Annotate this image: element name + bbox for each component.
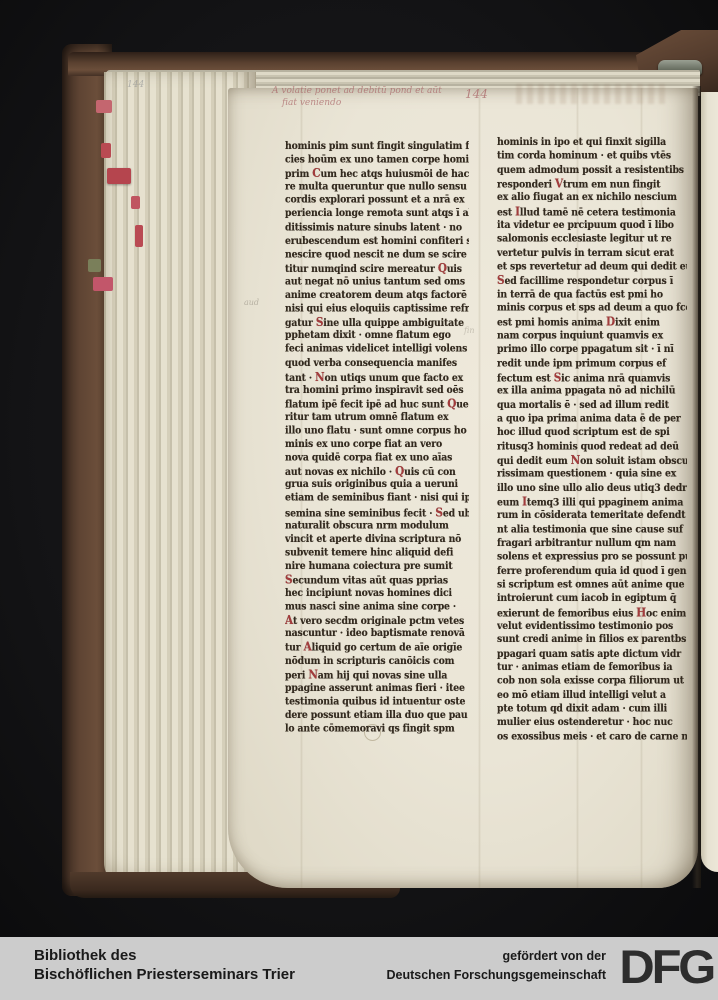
manuscript-text-line: mus nasci sine anima sine corpe · (285, 601, 469, 615)
manuscript-text-line: ritur tam utrum omnē flatum ex (285, 411, 469, 425)
manuscript-text-line: tur · animas etiam de femoribus ia (497, 661, 687, 675)
manuscript-text-line: feci animas videlicet intelligi volens (285, 343, 469, 357)
manuscript-text-line: quem admodum possit a resistentibs (497, 164, 687, 178)
dfg-logo: DFG (619, 939, 713, 994)
manuscript-text-line: periencia longe remota sunt atqs ī ab (285, 208, 469, 222)
rubric-initial: Q (438, 262, 447, 275)
margin-note: aud (244, 298, 259, 307)
ink-show-through (516, 84, 668, 104)
book-gutter-shadow (692, 86, 701, 888)
manuscript-text-line: naturalit obscura nrm modulum (285, 519, 469, 533)
manuscript-text-line: tra homini primo inspiravit sed oēs (285, 384, 469, 398)
manuscript-text-line: prim Cum hec atqs huiusmōi de hac (285, 167, 469, 181)
manuscript-text-line: eum Itemq3 illi qui ppaginem anima (497, 495, 687, 509)
manuscript-text-line: os exossibus meis · et caro de carne mea (497, 730, 687, 744)
rubric-initial: V (555, 177, 563, 190)
manuscript-text-line: velut evidentissimo testimonio pos (497, 620, 687, 634)
rubric-initial: N (308, 668, 317, 681)
manuscript-text-line: tant · Non utiqs unum que facto ex (285, 370, 469, 384)
manuscript-text-line: tur Aliquid go certum de aīe origīe (285, 641, 469, 655)
library-credit-line1: Bibliothek des (34, 946, 295, 965)
manuscript-text-line: a quo ipa prima anima data ē de per (497, 413, 687, 427)
manuscript-text-line: ferre proferendum quia id quod ī gen (497, 565, 687, 579)
funding-credit-line2: Deutschen Forschungsgemeinschaft (387, 966, 607, 985)
manuscript-text-line: nisi qui eius eloquiis captissime refra (285, 303, 469, 317)
manuscript-text-line: aut novas ex nichilo · Quis cū con (285, 465, 469, 479)
manuscript-text-line: nt alia testimonia que sine cause suf (497, 523, 687, 537)
manuscript-text-line: eo mō etiam illud intelligi velut a (497, 689, 687, 703)
manuscript-text-line: nescire quod nescit ne dum se scire me (285, 248, 469, 262)
manuscript-text-line: est pmi homis anima Dixit enim (497, 316, 687, 330)
manuscript-text-line: ex alio fiugat an ex nichilo nescium (497, 191, 687, 205)
manuscript-text-line: gatur Sine ulla quippe ambiguitate (285, 316, 469, 330)
manuscript-text-line: ita videtur ee prcipuum quod ī libo (497, 219, 687, 233)
manuscript-text-line: erubescendum est homini confiteri se (285, 235, 469, 249)
bookmark-tab (93, 277, 113, 291)
manuscript-text-line: subvenit temere hinc aliquid defi (285, 546, 469, 560)
manuscript-text-line: ex illa anima ppagata nō ad nichilū (497, 385, 687, 399)
manuscript-text-line: re multa queruntur que nullo sensu (285, 181, 469, 195)
manuscript-text-line: nam corpus inquiunt quamvis ex (497, 330, 687, 344)
rubric-initial: N (315, 370, 324, 383)
manuscript-text-line: grua suis originibus quia a ueruni (285, 479, 469, 493)
manuscript-text-line: Secundum vitas aūt quas pprias (285, 573, 469, 587)
manuscript-text-line: et sps revertetur ad deum qui dedit eū (497, 260, 687, 274)
stack-foliation-mark: 144 (127, 80, 144, 90)
manuscript-text-line: lo ante cōmemoravi qs fingit spm (285, 722, 469, 736)
manuscript-text-line: mulier eius ostenderetur · hoc nuc (497, 717, 687, 731)
digitization-banner: Bibliothek des Bischöflichen Priestersem… (0, 937, 718, 1000)
manuscript-text-line: testimonia quibus id intuentur oste (285, 695, 469, 709)
bookmark-tab (107, 168, 131, 184)
manuscript-text-line: anime creatorem deum atqs factorē (285, 289, 469, 303)
bookmark-tab (96, 100, 112, 113)
rubric-initial: A (304, 641, 312, 654)
manuscript-text-line: ppagari quam satis apte dictum vidr (497, 648, 687, 662)
rubric-initial: Q (447, 397, 456, 410)
rubric-initial: Q (395, 465, 404, 478)
manuscript-text-line: pphetam dixit · omne flatum ego (285, 330, 469, 344)
rubric-initial: N (571, 454, 580, 467)
manuscript-text-line: primo illo corpe ppagatum sit · ī nī (497, 343, 687, 357)
manuscript-text-line: illo uno flatu · sunt omne corpus ho (285, 424, 469, 438)
manuscript-text-line: hoc illud quod scriptum est de spi (497, 426, 687, 440)
manuscript-text-line: flatum ipē fecit ipē ad huc sunt Que (285, 397, 469, 411)
manuscript-text-line: exierunt de femoribus eius Hoc enim (497, 606, 687, 620)
manuscript-text-line: si scriptum est omnes aūt anime que (497, 578, 687, 592)
manuscript-text-line: est Illud tamē nē cetera testimonia (497, 205, 687, 219)
manuscript-text-line: illo uno sine ullo alio deus utiq3 dedr (497, 482, 687, 496)
library-credit-line2: Bischöflichen Priesterseminars Trier (34, 965, 295, 984)
manuscript-text-line: rum in cōsiderata temeritate defendt (497, 509, 687, 523)
manuscript-text-line: dere possunt etiam illa duo que pau (285, 709, 469, 723)
manuscript-text-line: cordis explorari possunt et a nrā ex (285, 194, 469, 208)
manuscript-text-line: ppagine asserunt animas fieri · itee (285, 682, 469, 696)
manuscript-text-line: pte totum qd dixit adam · cum illi (497, 703, 687, 717)
manuscript-text-line: titur numqind scire mereatur Quis (285, 262, 469, 276)
manuscript-text-line: Sed facillime respondetur corpus ī (497, 274, 687, 288)
rubric-initial: A (285, 614, 293, 627)
manuscript-photo: A volatie ponet ad debitū pond et aūt fi… (0, 0, 718, 937)
manuscript-text-line: qui dedit eum Non soluit istam obscu (497, 454, 687, 468)
manuscript-text-line: nire humana coiectura pre sumit (285, 560, 469, 574)
manuscript-text-line: minis corpus et sps ad deum a quo fcō (497, 302, 687, 316)
manuscript-text-line: minis ex uno corpe fiat an vero (285, 438, 469, 452)
bookmark-tab (135, 225, 143, 247)
manuscript-text-line: vertetur pulvis in terram sicut erat (497, 247, 687, 261)
manuscript-text-line: ritusq3 hominis quod redeat ad deū (497, 440, 687, 454)
manuscript-text-line: cob non sola exisse corpa filiorum ut (497, 675, 687, 689)
rubric-initial: S (435, 506, 442, 519)
manuscript-text-line: qua mortalis ē · sed ad illum redit (497, 399, 687, 413)
manuscript-text-line: nova quidē corpa fiat ex uno aīas (285, 452, 469, 466)
page-crease (478, 88, 481, 888)
manuscript-text-line: fectum est Sic anima nrā quamvis (497, 371, 687, 385)
manuscript-text-line: tim corda hominum · et quibs vtēs (497, 150, 687, 164)
rubric-initial: D (606, 316, 615, 329)
manuscript-text-line: in terrā de qua factūs est pmi ho (497, 288, 687, 302)
manuscript-text-line: nōdum in scripturis canōicis com (285, 655, 469, 669)
manuscript-text-line: solens et expressius pro se possunt pu (497, 551, 687, 565)
bookmark-tab (101, 143, 111, 158)
manuscript-text-line: fragari arbitrantur nullum qm nam (497, 537, 687, 551)
manuscript-column-right: hominis in ipo et qui finxit sigillatim … (497, 136, 687, 826)
manuscript-text-line: nascuntur · ideo baptismate renovā (285, 628, 469, 642)
rubric-initial: H (636, 606, 646, 619)
manuscript-text-line: rissimam questionem · quia sine ex (497, 468, 687, 482)
manuscript-text-line: aut negat nō unius tantum sed oms (285, 275, 469, 289)
folio-number: 144 (465, 87, 488, 101)
manuscript-text-line: hominis pim sunt fingit singulatim fa (285, 140, 469, 154)
library-credit: Bibliothek des Bischöflichen Priestersem… (34, 946, 295, 984)
manuscript-text-line: At vero secdm originale pctm vetes (285, 614, 469, 628)
facing-page-edge (701, 92, 718, 872)
manuscript-text-line: hominis in ipo et qui finxit sigilla (497, 136, 687, 150)
header-annotation: A volatie ponet ad debitū pond et aūt fi… (272, 85, 482, 109)
manuscript-text-line: ditissimis nature sinubs latent · no (285, 221, 469, 235)
manuscript-text-line: salomonis ecclesiaste legitur ut re (497, 233, 687, 247)
manuscript-text-line: semina sine seminibus fecit · Sed ubi re… (285, 506, 469, 520)
manuscript-text-line: responderi Vtrum em nun fingit (497, 177, 687, 191)
manuscript-text-line: hec incipiunt novas homines dici (285, 587, 469, 601)
funding-credit: gefördert von der Deutschen Forschungsge… (387, 947, 607, 985)
manuscript-text-line: redit unde ipm primum corpus ef (497, 357, 687, 371)
manuscript-text-line: cies hoūm ex uno tamen corpe homis (285, 154, 469, 168)
manuscript-text-line: quod verba consequencia manifes (285, 357, 469, 371)
funding-credit-line1: gefördert von der (387, 947, 607, 966)
bookmark-tab (88, 259, 101, 272)
manuscript-text-line: etiam de seminibus fiant · nisi qui ipa (285, 492, 469, 506)
manuscript-text-line: sunt credi anime in filios ex parentbs (497, 634, 687, 648)
manuscript-text-line: introierunt cum iacob in egiptum q̄ (497, 592, 687, 606)
manuscript-text-line: vincit et aperte divina scriptura nō (285, 533, 469, 547)
manuscript-column-left: hominis pim sunt fingit singulatim facie… (285, 140, 469, 812)
manuscript-text-line: peri Nam hij qui novas sine ulla (285, 668, 469, 682)
bookmark-tab (131, 196, 140, 209)
header-annotation-line1: A volatie ponet ad debitū pond et aūt (272, 85, 482, 97)
header-annotation-line2: fiat veniendo (282, 97, 482, 109)
